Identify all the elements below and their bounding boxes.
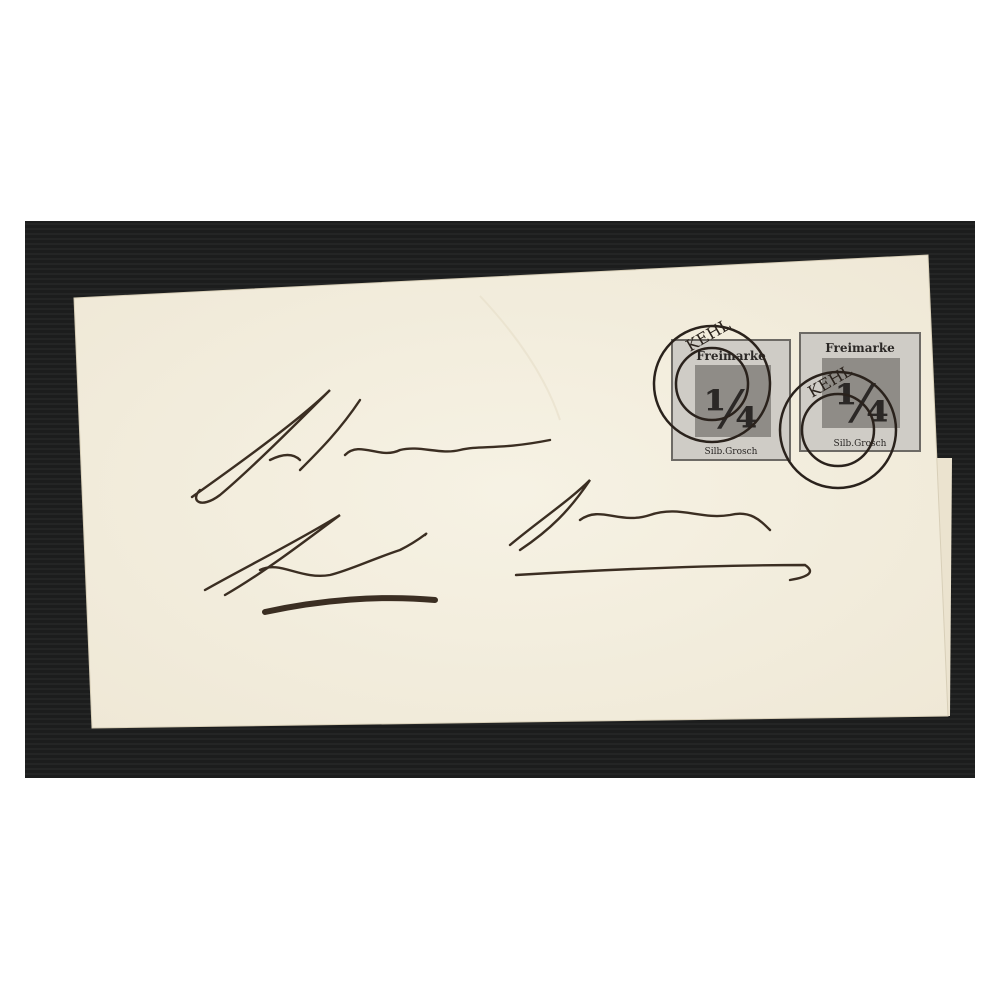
- svg-text:¼: ¼: [704, 380, 758, 441]
- stamp-1: Freimarke ¼ Silb.Grosch: [672, 340, 790, 460]
- postal-cover: Freimarke ¼ Silb.Grosch Freimarke ¼ Silb…: [0, 0, 1000, 1000]
- svg-text:Freimarke: Freimarke: [825, 341, 895, 355]
- svg-text:Freimarke: Freimarke: [696, 349, 766, 363]
- svg-text:Silb.Grosch: Silb.Grosch: [834, 439, 887, 449]
- envelope: [74, 255, 948, 728]
- svg-text:Silb.Grosch: Silb.Grosch: [705, 447, 758, 457]
